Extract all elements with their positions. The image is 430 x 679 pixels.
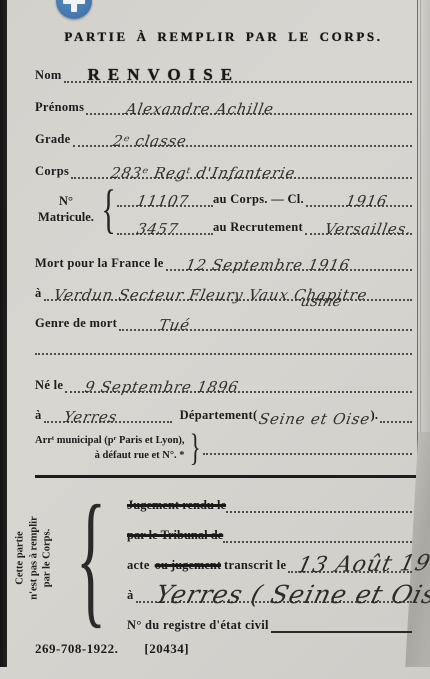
field-mort-date: Mort pour la France le 12 Septembre 1916 (35, 247, 412, 271)
field-ne-lieu-value: Yerres (42, 408, 118, 426)
field-arr-label-line2: à défaut rue et N°. * (35, 448, 185, 463)
field-prenoms-line: Alexandre Achille (86, 100, 412, 115)
matricule-recrutement-place: Versailles. (303, 220, 413, 238)
field-prenoms: Prénoms Alexandre Achille (35, 91, 412, 115)
field-mort-value: 12 Septembre 1916 (164, 256, 351, 274)
field-grade: Grade 2ᵉ classe (35, 123, 412, 147)
field-tribunal-label: par le Tribunal de (127, 528, 223, 543)
field-nom-label: Nom (35, 68, 64, 83)
field-mort-label: Mort pour la France le (35, 256, 166, 271)
field-tribunal: par le Tribunal de (127, 513, 412, 543)
field-ne-line: 9 Septembre 1896 (65, 378, 412, 393)
field-arr-line (203, 441, 412, 455)
field-genre-value: Tué (118, 316, 192, 334)
field-acte-prefix: acte (127, 558, 152, 573)
field-matricule-label: N° Matricule. (35, 193, 97, 226)
field-acte-line: 13 Août 1918 (288, 552, 412, 573)
matricule-corps-value: 11107 (115, 192, 190, 210)
matricule-brace-icon: { (102, 185, 113, 233)
field-nom: Nom RENVOISE (35, 59, 412, 83)
field-departement-value: Seine et Oise (258, 410, 372, 428)
field-departement-line (380, 421, 412, 423)
field-jugement-label: Jugement rendu le (127, 498, 226, 513)
field-departement-label: Département( (172, 408, 260, 423)
section-brace-icon: { (76, 483, 106, 633)
field-genre-line: Tué (119, 316, 412, 331)
field-nom-value: RENVOISE (64, 65, 240, 85)
matricule-recrutement-label: au Recrutement (213, 220, 305, 235)
field-matricule-recrutement-row: 3457 au Recrutement Versailles. (117, 211, 412, 235)
field-arr-label: Arrᵗ municipal (pʳ Paris et Lyon), à déf… (35, 433, 185, 463)
field-ne-label: Né le (35, 378, 65, 393)
field-ne-lieu-line: Yerres (44, 408, 172, 423)
print-reference: 269-708-1922. [20434] (35, 641, 412, 657)
form-content: PARTIE À REMPLIR PAR LE CORPS. Nom RENVO… (0, 0, 430, 679)
section-separator-dotted (35, 353, 412, 355)
field-genre-mort: usine Genre de mort Tué (35, 307, 412, 331)
matricule-corps-line: 11107 (117, 192, 213, 207)
scanned-death-record-card: PARTIE À REMPLIR PAR LE CORPS. Nom RENVO… (0, 0, 430, 679)
field-mort-lieu: à Verdun Secteur Fleury Vaux Chapitre (35, 277, 412, 301)
matricule-recrutement-value: 3457 (115, 220, 180, 238)
field-acte-struck: ou jugement (152, 558, 224, 573)
arrondissement-brace-icon: } (188, 431, 199, 465)
field-corps-line: 283ᵉ Regᵗ d'Infanterie (71, 164, 412, 179)
civil-registry-rows: Jugement rendu le par le Tribunal de act… (127, 483, 412, 633)
matricule-recrutement-line: 3457 (117, 220, 213, 235)
form-title: PARTIE À REMPLIR PAR LE CORPS. (35, 29, 412, 45)
field-registre-line (271, 631, 412, 633)
field-acte-lieu-line: Yerres ( Seine et Oise ) (136, 580, 412, 603)
field-mort-lieu-value2: usine (299, 292, 344, 310)
side-note: Cette partie n'est pas à remplir par le … (13, 483, 55, 633)
field-corps-label: Corps (35, 164, 71, 179)
field-matricule-label-line1: N° (35, 193, 97, 209)
field-prenoms-label: Prénoms (35, 100, 86, 115)
side-note-text: Cette partie n'est pas à remplir par le … (14, 483, 55, 633)
field-grade-label: Grade (35, 132, 73, 147)
field-acte-lieu-value: Yerres ( Seine et Oise ) (132, 580, 430, 609)
print-ref: [20434] (144, 641, 189, 657)
field-corps: Corps 283ᵉ Regᵗ d'Infanterie (35, 155, 412, 179)
side-note-line1: Cette partie (14, 483, 28, 633)
matricule-recrutement-place-line: Versailles. (305, 220, 412, 235)
field-ne-value: 9 Septembre 1896 (64, 378, 241, 396)
field-acte-lieu: à Yerres ( Seine et Oise ) (127, 573, 412, 603)
civil-registry-section: Cette partie n'est pas à remplir par le … (13, 483, 412, 633)
field-acte-suffix: transcrit le (224, 558, 288, 573)
side-note-line3: par le Corps. (41, 483, 55, 633)
field-grade-value: 2ᵉ classe (71, 132, 188, 150)
field-acte-date: 13 Août 1918 (285, 550, 430, 578)
field-matricule-corps-row: 11107 au Corps. — Cl. 1916 (117, 183, 412, 207)
field-matricule-rows: 11107 au Corps. — Cl. 1916 3457 au Recru… (117, 183, 412, 235)
field-prenoms-value: Alexandre Achille (85, 100, 276, 118)
field-registre-label: N° du registre d'état civil (127, 618, 271, 633)
field-grade-line: 2ᵉ classe (73, 132, 412, 147)
print-code: 269-708-1922. (35, 641, 118, 657)
field-departement-close: ). (370, 408, 380, 423)
matricule-corps-label: au Corps. — Cl. (213, 192, 306, 207)
field-mort-lieu-line: Verdun Secteur Fleury Vaux Chapitre (44, 286, 412, 301)
side-note-line2: n'est pas à remplir (27, 483, 41, 633)
field-arr-label-line1: Arrᵗ municipal (pʳ Paris et Lyon), (35, 433, 185, 448)
field-genre-label: Genre de mort (35, 316, 119, 331)
field-arrondissement: Arrᵗ municipal (pʳ Paris et Lyon), à déf… (35, 430, 412, 466)
field-ne-le: Né le 9 Septembre 1896 (35, 369, 412, 393)
field-matricule-block: N° Matricule. { 11107 au Corps. — Cl. 19… (35, 183, 412, 235)
field-jugement: Jugement rendu le (127, 483, 412, 513)
field-mort-line: 12 Septembre 1916 (166, 256, 412, 271)
field-acte-transcrit: acte ou jugement transcrit le 13 Août 19… (127, 543, 412, 573)
field-ne-lieu: à Yerres Département( Seine et Oise ). (35, 399, 412, 423)
matricule-classe-value: 1916 (304, 192, 389, 210)
field-matricule-label-line2: Matricule. (35, 209, 97, 225)
matricule-classe-line: 1916 (306, 192, 412, 207)
field-nom-line: RENVOISE (64, 65, 412, 83)
